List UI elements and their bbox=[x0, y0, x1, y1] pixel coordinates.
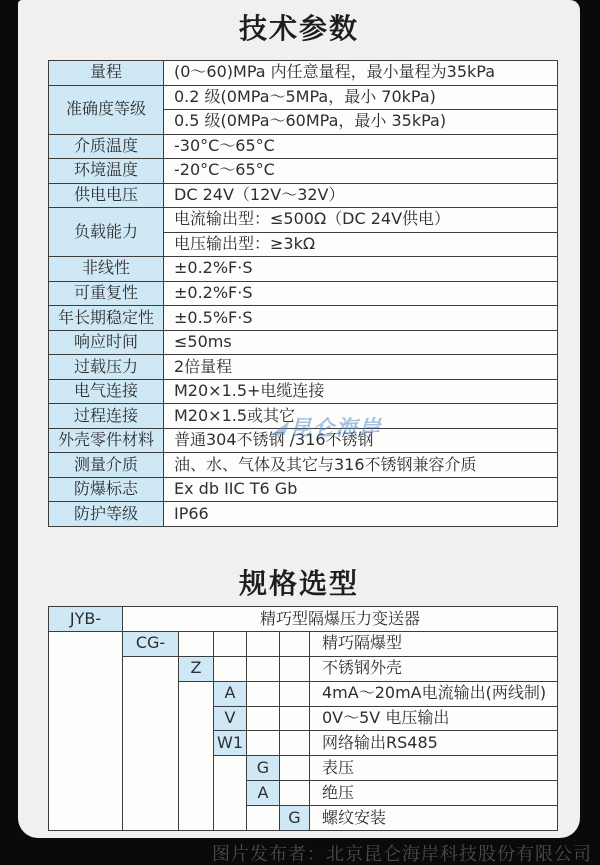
model-selection-table: JYB- 精巧型隔爆压力变送器 CG- 精巧隔爆型 Z 不锈钢外壳 A 4mA～… bbox=[48, 606, 558, 831]
technical-parameters-table: 量程 (0～60)MPa 内任意量程，最小量程为35kPa 准确度等级 0.2 … bbox=[48, 60, 558, 527]
spec-label: 过载压力 bbox=[49, 355, 164, 380]
spec-value: 普通304不锈钢 /316不锈钢 bbox=[164, 428, 558, 453]
table-row: JYB- 精巧型隔爆压力变送器 bbox=[49, 607, 558, 632]
spec-label: 防护等级 bbox=[49, 502, 164, 527]
model-code-cell: W1 bbox=[214, 731, 247, 756]
spec-value: IP66 bbox=[164, 502, 558, 527]
spec-value: 电流输出型：≤500Ω（DC 24V供电） bbox=[164, 208, 558, 233]
spec-label: 外壳零件材料 bbox=[49, 428, 164, 453]
table-row: Z 不锈钢外壳 bbox=[49, 656, 558, 681]
table-row: CG- 精巧隔爆型 bbox=[49, 631, 558, 656]
spec-label: 量程 bbox=[49, 61, 164, 86]
table-row: 负载能力 电流输出型：≤500Ω（DC 24V供电） bbox=[49, 208, 558, 233]
spec-selection-title: 规格选型 bbox=[18, 562, 580, 602]
model-code-cell: CG- bbox=[123, 631, 179, 656]
spec-value: ±0.2%F·S bbox=[164, 281, 558, 306]
spec-value: Ex db IIC T6 Gb bbox=[164, 477, 558, 502]
spec-value: 电压输出型：≥3kΩ bbox=[164, 232, 558, 257]
model-desc-cell: 0V～5V 电压输出 bbox=[310, 706, 558, 731]
spec-value: ±0.5%F·S bbox=[164, 306, 558, 331]
model-desc-cell: 绝压 bbox=[310, 781, 558, 806]
tech-params-title: 技术参数 bbox=[18, 7, 580, 47]
model-desc-cell: 螺纹安装 bbox=[310, 806, 558, 831]
spec-value: 0.5 级(0MPa～60MPa，最小 35kPa) bbox=[164, 110, 558, 135]
spec-value: ±0.2%F·S bbox=[164, 257, 558, 282]
table-row: 环境温度 -20°C～65°C bbox=[49, 159, 558, 184]
table-row: 防爆标志 Ex db IIC T6 Gb bbox=[49, 477, 558, 502]
model-desc-cell: 精巧型隔爆压力变送器 bbox=[123, 607, 558, 632]
spec-label: 非线性 bbox=[49, 257, 164, 282]
spec-value: M20×1.5或其它 bbox=[164, 404, 558, 429]
model-code-cell: A bbox=[214, 681, 247, 706]
spec-value: 2倍量程 bbox=[164, 355, 558, 380]
spec-label: 负载能力 bbox=[49, 208, 164, 257]
model-code-cell: G bbox=[247, 756, 280, 781]
spec-label: 测量介质 bbox=[49, 453, 164, 478]
empty-cell bbox=[247, 731, 280, 756]
empty-cell bbox=[49, 631, 123, 830]
table-row: 可重复性 ±0.2%F·S bbox=[49, 281, 558, 306]
empty-cell bbox=[214, 656, 247, 681]
table-row: 准确度等级 0.2 级(0MPa～5MPa，最小 70kPa) bbox=[49, 85, 558, 110]
empty-cell bbox=[247, 706, 280, 731]
spec-value: ≤50ms bbox=[164, 330, 558, 355]
empty-cell bbox=[179, 681, 214, 830]
table-row: 量程 (0～60)MPa 内任意量程，最小量程为35kPa bbox=[49, 61, 558, 86]
model-desc-cell: 不锈钢外壳 bbox=[310, 656, 558, 681]
spec-label: 准确度等级 bbox=[49, 85, 164, 134]
spec-value: (0～60)MPa 内任意量程，最小量程为35kPa bbox=[164, 61, 558, 86]
image-publisher-credit: 图片发布者：北京昆仑海岸科技股份有限公司 bbox=[212, 840, 592, 865]
table-row: 年长期稳定性 ±0.5%F·S bbox=[49, 306, 558, 331]
spec-value: 0.2 级(0MPa～5MPa，最小 70kPa) bbox=[164, 85, 558, 110]
table-row: 外壳零件材料 普通304不锈钢 /316不锈钢 bbox=[49, 428, 558, 453]
model-desc-cell: 精巧隔爆型 bbox=[310, 631, 558, 656]
model-code-cell: JYB- bbox=[49, 607, 123, 632]
empty-cell bbox=[280, 781, 310, 806]
spec-value: -30°C～65°C bbox=[164, 134, 558, 159]
empty-cell bbox=[247, 681, 280, 706]
table-row: 过载压力 2倍量程 bbox=[49, 355, 558, 380]
empty-cell bbox=[280, 731, 310, 756]
spec-label: 过程连接 bbox=[49, 404, 164, 429]
empty-cell bbox=[247, 656, 280, 681]
model-code-cell: G bbox=[280, 806, 310, 831]
table-row: 介质温度 -30°C～65°C bbox=[49, 134, 558, 159]
empty-cell bbox=[280, 706, 310, 731]
table-row: 非线性 ±0.2%F·S bbox=[49, 257, 558, 282]
spec-value: 油、水、气体及其它与316不锈钢兼容介质 bbox=[164, 453, 558, 478]
table-row: 响应时间 ≤50ms bbox=[49, 330, 558, 355]
spec-value: M20×1.5+电缆连接 bbox=[164, 379, 558, 404]
empty-cell bbox=[123, 656, 179, 830]
model-desc-cell: 网络输出RS485 bbox=[310, 731, 558, 756]
spec-value: DC 24V（12V～32V） bbox=[164, 183, 558, 208]
datasheet-card: 技术参数 量程 (0～60)MPa 内任意量程，最小量程为35kPa 准确度等级… bbox=[18, 0, 580, 838]
spec-label: 供电电压 bbox=[49, 183, 164, 208]
spec-label: 响应时间 bbox=[49, 330, 164, 355]
model-code-cell: Z bbox=[179, 656, 214, 681]
spec-label: 可重复性 bbox=[49, 281, 164, 306]
empty-cell bbox=[280, 631, 310, 656]
table-row: 供电电压 DC 24V（12V～32V） bbox=[49, 183, 558, 208]
empty-cell bbox=[280, 681, 310, 706]
table-row: 电气连接 M20×1.5+电缆连接 bbox=[49, 379, 558, 404]
model-code-cell: A bbox=[247, 781, 280, 806]
spec-label: 介质温度 bbox=[49, 134, 164, 159]
model-code-cell: V bbox=[214, 706, 247, 731]
empty-cell bbox=[214, 631, 247, 656]
empty-cell bbox=[280, 756, 310, 781]
table-row: 过程连接 M20×1.5或其它 bbox=[49, 404, 558, 429]
spec-label: 年长期稳定性 bbox=[49, 306, 164, 331]
empty-cell bbox=[179, 631, 214, 656]
empty-cell bbox=[247, 631, 280, 656]
spec-value: -20°C～65°C bbox=[164, 159, 558, 184]
spec-label: 环境温度 bbox=[49, 159, 164, 184]
model-desc-cell: 表压 bbox=[310, 756, 558, 781]
spec-label: 防爆标志 bbox=[49, 477, 164, 502]
empty-cell bbox=[214, 756, 247, 831]
table-row: 测量介质 油、水、气体及其它与316不锈钢兼容介质 bbox=[49, 453, 558, 478]
empty-cell bbox=[247, 806, 280, 831]
table-row: 防护等级 IP66 bbox=[49, 502, 558, 527]
model-desc-cell: 4mA～20mA电流输出(两线制) bbox=[310, 681, 558, 706]
empty-cell bbox=[280, 656, 310, 681]
spec-label: 电气连接 bbox=[49, 379, 164, 404]
